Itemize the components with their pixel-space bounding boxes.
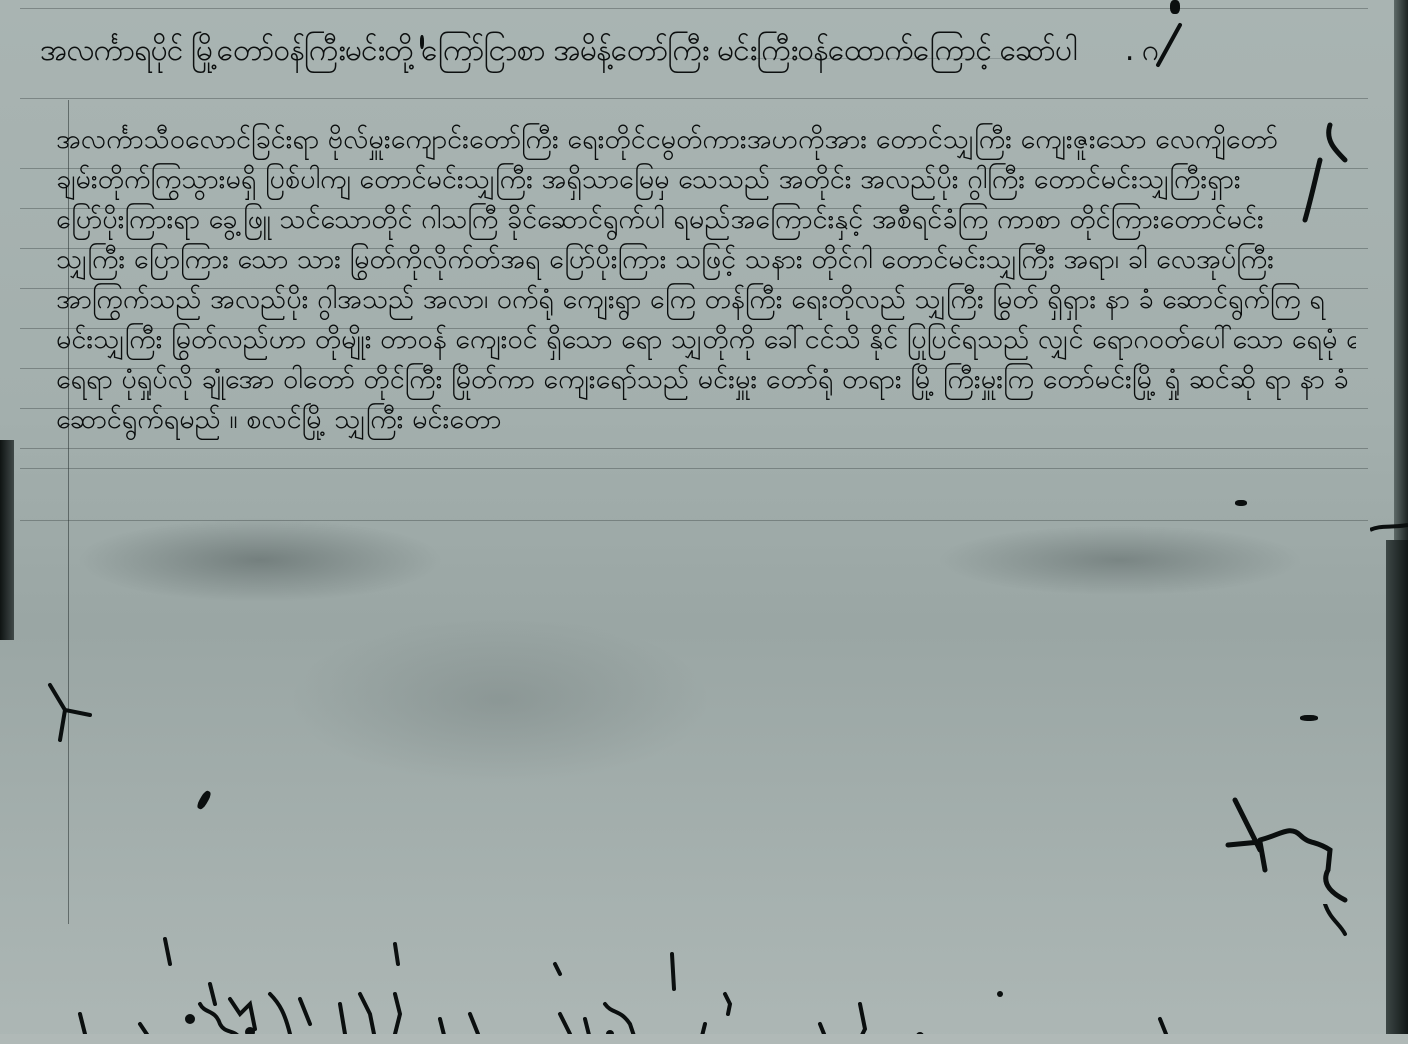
crack-mark bbox=[1300, 120, 1360, 230]
text-line: ချမ်းတိုက်ကြွသွားမရှိ ပြစ်ပါကျ တောင်မင်း… bbox=[56, 160, 1356, 200]
text-line: ပြော်ပိုးကြားရာ ခွေ့ဖြူ သင်သောတိုင် ဂါသက… bbox=[56, 200, 1356, 240]
text-line: အလင်္ကာသီဝလောင်ခြင်းရာ ဗိုလ်မှူးကျောင်းတ… bbox=[56, 120, 1356, 160]
crack-mark bbox=[40, 680, 100, 750]
ink-speck bbox=[196, 789, 213, 810]
ruled-line bbox=[20, 468, 1368, 469]
crack-mark bbox=[1150, 20, 1190, 70]
header-text: အလင်္ကာရပိုင် မြို့တော်ဝန်ကြီးမင်းတို့ က… bbox=[40, 33, 1076, 68]
text-line: မင်းသျှကြီး မြွတ်လည်ဟာ တိုမျိုး တာဝန် ကျ… bbox=[56, 320, 1356, 360]
ink-speck bbox=[420, 35, 424, 49]
text-line: အာကြွက်သည် အလည်ပိုး ဂွါအသည် အလာ၊ ဝက်ရုံ … bbox=[56, 280, 1356, 320]
manuscript-page: အလင်္ကာရပိုင် မြို့တော်ဝန်ကြီးမင်းတို့ က… bbox=[0, 0, 1408, 1044]
text-line: ဆောင်ရွက်ရမည် ။ စလင်မြို့ သျှကြီး မင်းတေ… bbox=[56, 400, 1356, 440]
ruled-line bbox=[20, 8, 1368, 9]
page-edge-left-damage bbox=[0, 440, 14, 640]
bottom-edge-damage bbox=[0, 904, 1408, 1044]
ink-speck bbox=[1170, 0, 1180, 14]
text-line: ရေရာ ပုံရှုပ်လို ချုံအော ဝါတော် တိုင်ကြီ… bbox=[56, 360, 1356, 400]
body-text: အလင်္ကာသီဝလောင်ခြင်းရာ ဗိုလ်မှူးကျောင်းတ… bbox=[56, 120, 1356, 440]
text-line: သျှကြီး ပြောကြား သော သား မြွတ်ကိုလိုက်တ်… bbox=[56, 240, 1356, 280]
ruled-line bbox=[20, 448, 1368, 449]
crack-mark bbox=[1370, 500, 1408, 540]
bottom-band bbox=[0, 1034, 1408, 1044]
ink-speck bbox=[1235, 500, 1247, 506]
ink-speck bbox=[1300, 715, 1318, 721]
ruled-line bbox=[20, 520, 1368, 521]
crack-mark bbox=[1220, 790, 1370, 910]
ruled-line bbox=[20, 98, 1368, 99]
